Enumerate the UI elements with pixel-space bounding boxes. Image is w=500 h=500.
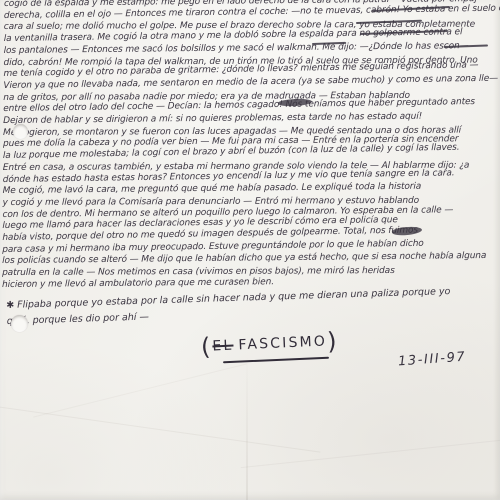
paper-crease-diagonal [33,363,247,417]
hole-punch-bottom [11,315,28,332]
footnote-block: ✱ Flipaba porque yo estaba por la calle … [6,284,451,330]
title-word-el: EL [212,338,234,355]
letter-body: cogió de la espalda y me estampó: me peg… [2,0,498,292]
title-paren-open: ( [200,333,211,361]
paper-crease-vertical [246,352,248,500]
handwritten-line: y cogió y me llevó para la Comisaría par… [2,195,496,209]
paper-crease-diagonal [0,404,320,453]
title-word-fascismo: FASCISMO [238,333,327,353]
hole-punch-top [13,124,28,139]
date: 13-III-97 [398,350,467,370]
title-paren-close: ) [326,327,337,355]
paper-crease-diagonal [241,437,500,469]
title-el-fascismo: (ELFASCISMO) [200,327,337,361]
scanned-letter-page: cogió de la espalda y me estampó: me peg… [0,0,500,500]
handwritten-line: Me cogieron, se montaron y se fueron con… [3,125,497,139]
